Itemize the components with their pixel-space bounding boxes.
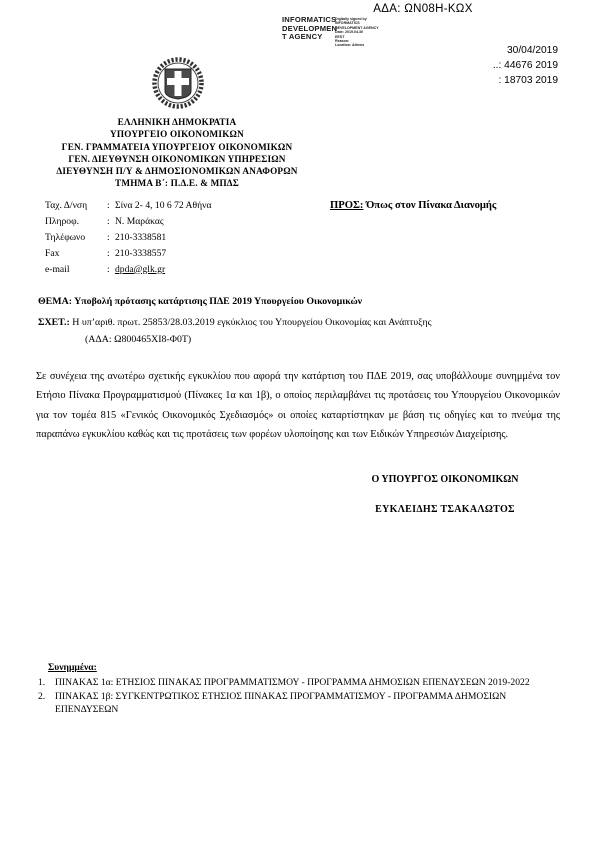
contact-value: 210-3338581 (115, 232, 166, 243)
org-line-gen-secretariat: ΓΕΝ. ΓΡΑΜΜΑΤΕΙΑ ΥΠΟΥΡΓΕΙΟΥ ΟΙΚΟΝΟΜΙΚΩΝ (8, 141, 346, 153)
contact-value: 210-3338557 (115, 248, 166, 259)
reference-block: ΣΧΕΤ.: Η υπ’αριθ. πρωτ. 25853/28.03.2019… (38, 314, 563, 348)
contact-row-info: Πληροφ.:Ν. Μαράκας (45, 214, 211, 230)
attachments-heading: Συνημμένα: (48, 661, 563, 674)
document-date: 30/04/2019 (380, 43, 558, 58)
contact-label: Ταχ. Δ/νση (45, 198, 107, 214)
contact-label: Fax (45, 246, 107, 262)
colon: : (107, 230, 115, 246)
body-paragraph: Σε συνέχεια της ανωτέρω σχετικής εγκυκλί… (36, 367, 560, 444)
colon: : (107, 214, 115, 230)
subject-line: ΘΕΜΑ: Υποβολή πρότασης κατάρτισης ΠΔΕ 20… (38, 296, 560, 307)
contact-row-fax: Fax:210-3338557 (45, 246, 211, 262)
org-line-department: ΤΜΗΜΑ Β΄: Π.Δ.Ε. & ΜΠΔΣ (8, 177, 346, 189)
contact-label: Πληροφ. (45, 214, 107, 230)
attachment-item: 2. ΠΙΝΑΚΑΣ 1β: ΣΥΓΚΕΝΤΡΩΤΙΚΟΣ ΕΤΗΣΙΟΣ ΠΙ… (38, 690, 563, 717)
contact-info-block: Ταχ. Δ/νση:Σίνα 2- 4, 10 6 72 Αθήνα Πληρ… (45, 198, 211, 278)
contact-row-address: Ταχ. Δ/νση:Σίνα 2- 4, 10 6 72 Αθήνα (45, 198, 211, 214)
date-protocol-block: 30/04/2019 ..: 44676 2019 : 18703 2019 (380, 43, 558, 89)
recipient-label: ΠΡΟΣ: (330, 200, 363, 211)
contact-row-phone: Τηλέφωνο:210-3338581 (45, 230, 211, 246)
contact-label: Τηλέφωνο (45, 230, 107, 246)
signature-block: Ο ΥΠΟΥΡΓΟΣ ΟΙΚΟΝΟΜΙΚΩΝ ΕΥΚΛΕΙΔΗΣ ΤΣΑΚΑΛΩ… (325, 474, 565, 515)
colon: : (107, 246, 115, 262)
protocol-number-2: : 18703 2019 (380, 73, 558, 88)
ada-code: ΑΔΑ: ΩΝ08Η-ΚΩΧ (283, 3, 563, 15)
reference-label: ΣΧΕΤ.: (38, 317, 70, 328)
contact-value: Ν. Μαράκας (115, 216, 164, 227)
org-line-directorate: ΔΙΕΥΘΥΝΣΗ Π/Υ & ΔΗΜΟΣΙΟΝΟΜΙΚΩΝ ΑΝΑΦΟΡΩΝ (8, 165, 346, 177)
attachment-number: 1. (38, 676, 55, 689)
letterhead-org-lines: ΕΛΛΗΝΙΚΗ ΔΗΜΟΚΡΑΤΙΑ ΥΠΟΥΡΓΕΙΟ ΟΙΚΟΝΟΜΙΚΩ… (8, 116, 346, 190)
contact-label: e-mail (45, 262, 107, 278)
colon: : (107, 198, 115, 214)
attachment-item: 1. ΠΙΝΑΚΑΣ 1α: ΕΤΗΣΙΟΣ ΠΙΝΑΚΑΣ ΠΡΟΓΡΑΜΜΑ… (38, 676, 563, 689)
colon: : (107, 262, 115, 278)
greek-national-emblem-icon (151, 56, 205, 115)
reference-line: ΣΧΕΤ.: Η υπ’αριθ. πρωτ. 25853/28.03.2019… (38, 314, 563, 331)
reference-ada: (ΑΔΑ: Ω800465ΧΙ8-Φ0Τ) (85, 331, 563, 348)
attachment-number: 2. (38, 690, 55, 717)
attachment-text: ΠΙΝΑΚΑΣ 1β: ΣΥΓΚΕΝΤΡΩΤΙΚΟΣ ΕΤΗΣΙΟΣ ΠΙΝΑΚ… (55, 690, 563, 717)
org-line-gen-directorate: ΓΕΝ. ΔΙΕΥΘΥΝΣΗ ΟΙΚΟΝΟΜΙΚΩΝ ΥΠΗΡΕΣΙΩΝ (8, 153, 346, 165)
org-line-ministry: ΥΠΟΥΡΓΕΙΟ ΟΙΚΟΝΟΜΙΚΩΝ (8, 128, 346, 140)
contact-row-email: e-mail:dpda@glk.gr (45, 262, 211, 278)
signer-title: Ο ΥΠΟΥΡΓΟΣ ΟΙΚΟΝΟΜΙΚΩΝ (325, 474, 565, 485)
subject-text: Υποβολή πρότασης κατάρτισης ΠΔΕ 2019 Υπο… (74, 296, 362, 307)
org-line-republic: ΕΛΛΗΝΙΚΗ ΔΗΜΟΚΡΑΤΙΑ (8, 116, 346, 128)
signer-name: ΕΥΚΛΕΙΔΗΣ ΤΣΑΚΑΛΩΤΟΣ (325, 504, 565, 515)
reference-text: Η υπ’αριθ. πρωτ. 25853/28.03.2019 εγκύκλ… (72, 317, 431, 328)
subject-label: ΘΕΜΑ: (38, 296, 72, 307)
digital-signature-stamp-agency: INFORMATICS DEVELOPMEN T AGENCY (282, 16, 336, 42)
contact-value: Σίνα 2- 4, 10 6 72 Αθήνα (115, 200, 211, 211)
recipient-value: Όπως στον Πίνακα Διανομής (366, 200, 496, 211)
attachment-text: ΠΙΝΑΚΑΣ 1α: ΕΤΗΣΙΟΣ ΠΙΝΑΚΑΣ ΠΡΟΓΡΑΜΜΑΤΙΣ… (55, 676, 563, 689)
email-link[interactable]: dpda@glk.gr (115, 264, 165, 275)
recipient-line: ΠΡΟΣ: Όπως στον Πίνακα Διανομής (330, 200, 496, 211)
attachments-block: Συνημμένα: 1. ΠΙΝΑΚΑΣ 1α: ΕΤΗΣΙΟΣ ΠΙΝΑΚΑ… (38, 661, 563, 717)
document-page: ΑΔΑ: ΩΝ08Η-ΚΩΧ INFORMATICS DEVELOPMEN T … (0, 0, 595, 842)
protocol-number: ..: 44676 2019 (380, 58, 558, 73)
